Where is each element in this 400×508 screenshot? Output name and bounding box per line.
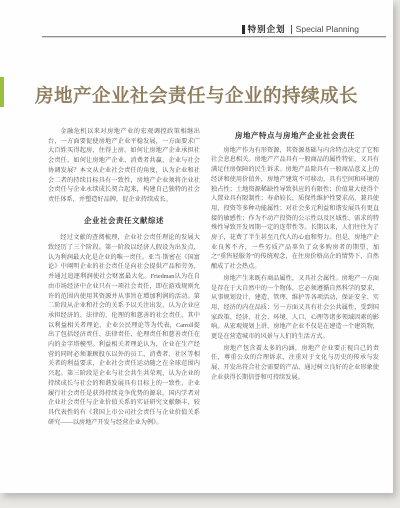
header-thick-bar-icon: [242, 25, 245, 34]
right-paragraph-2: 房地产生来既有商品属性，又具社会属性。房地产一方面是存在于大自然中的一个物体，它…: [211, 274, 379, 342]
article-body: 金融危机以来对房地产业的宏观调控政策相继出台，一方面要促使房地产企业平稳发展，一…: [48, 127, 379, 427]
header-section-cn: 特别企划: [248, 24, 286, 35]
left-intro-paragraph: 金融危机以来对房地产业的宏观调控政策相继出台，一方面要促使房地产企业平稳发展，一…: [48, 127, 200, 205]
section-heading-literature-review: 企业社会责任文献综述: [48, 216, 200, 226]
section-heading-real-estate: 房地产特点与房地产企业社会责任: [211, 131, 379, 141]
article-title: 房地产企业社会责任与企业的持续成长: [0, 82, 393, 108]
header-divider-bar-icon: [291, 25, 292, 34]
left-body-paragraph: 经过文献的查阅梳理，企业社会责任理论的发展大致经历了三个阶段。第一阶段以经济人假…: [48, 233, 200, 427]
page-header: 特别企划 Special Planning: [242, 24, 359, 35]
magazine-page: 特别企划 Special Planning 房地产企业社会责任与企业的持续成长 …: [0, 0, 393, 493]
header-section-en: Special Planning: [296, 24, 359, 35]
column-left: 金融危机以来对房地产业的宏观调控政策相继出台，一方面要促使房地产企业平稳发展，一…: [48, 127, 200, 427]
right-paragraph-3: 房地产包含着太多的内涵，房地产企业要正视自己的责任，尊重公众的合理诉求，注重对于…: [211, 344, 379, 383]
header-rule: [42, 36, 386, 38]
right-paragraph-1: 房地产作为有形资源，其资源基础与内含特点决定了它和社会息息相关。房地产产品具有一…: [211, 146, 379, 272]
column-right: 房地产特点与房地产企业社会责任 房地产作为有形资源，其资源基础与内含特点决定了它…: [211, 127, 379, 427]
